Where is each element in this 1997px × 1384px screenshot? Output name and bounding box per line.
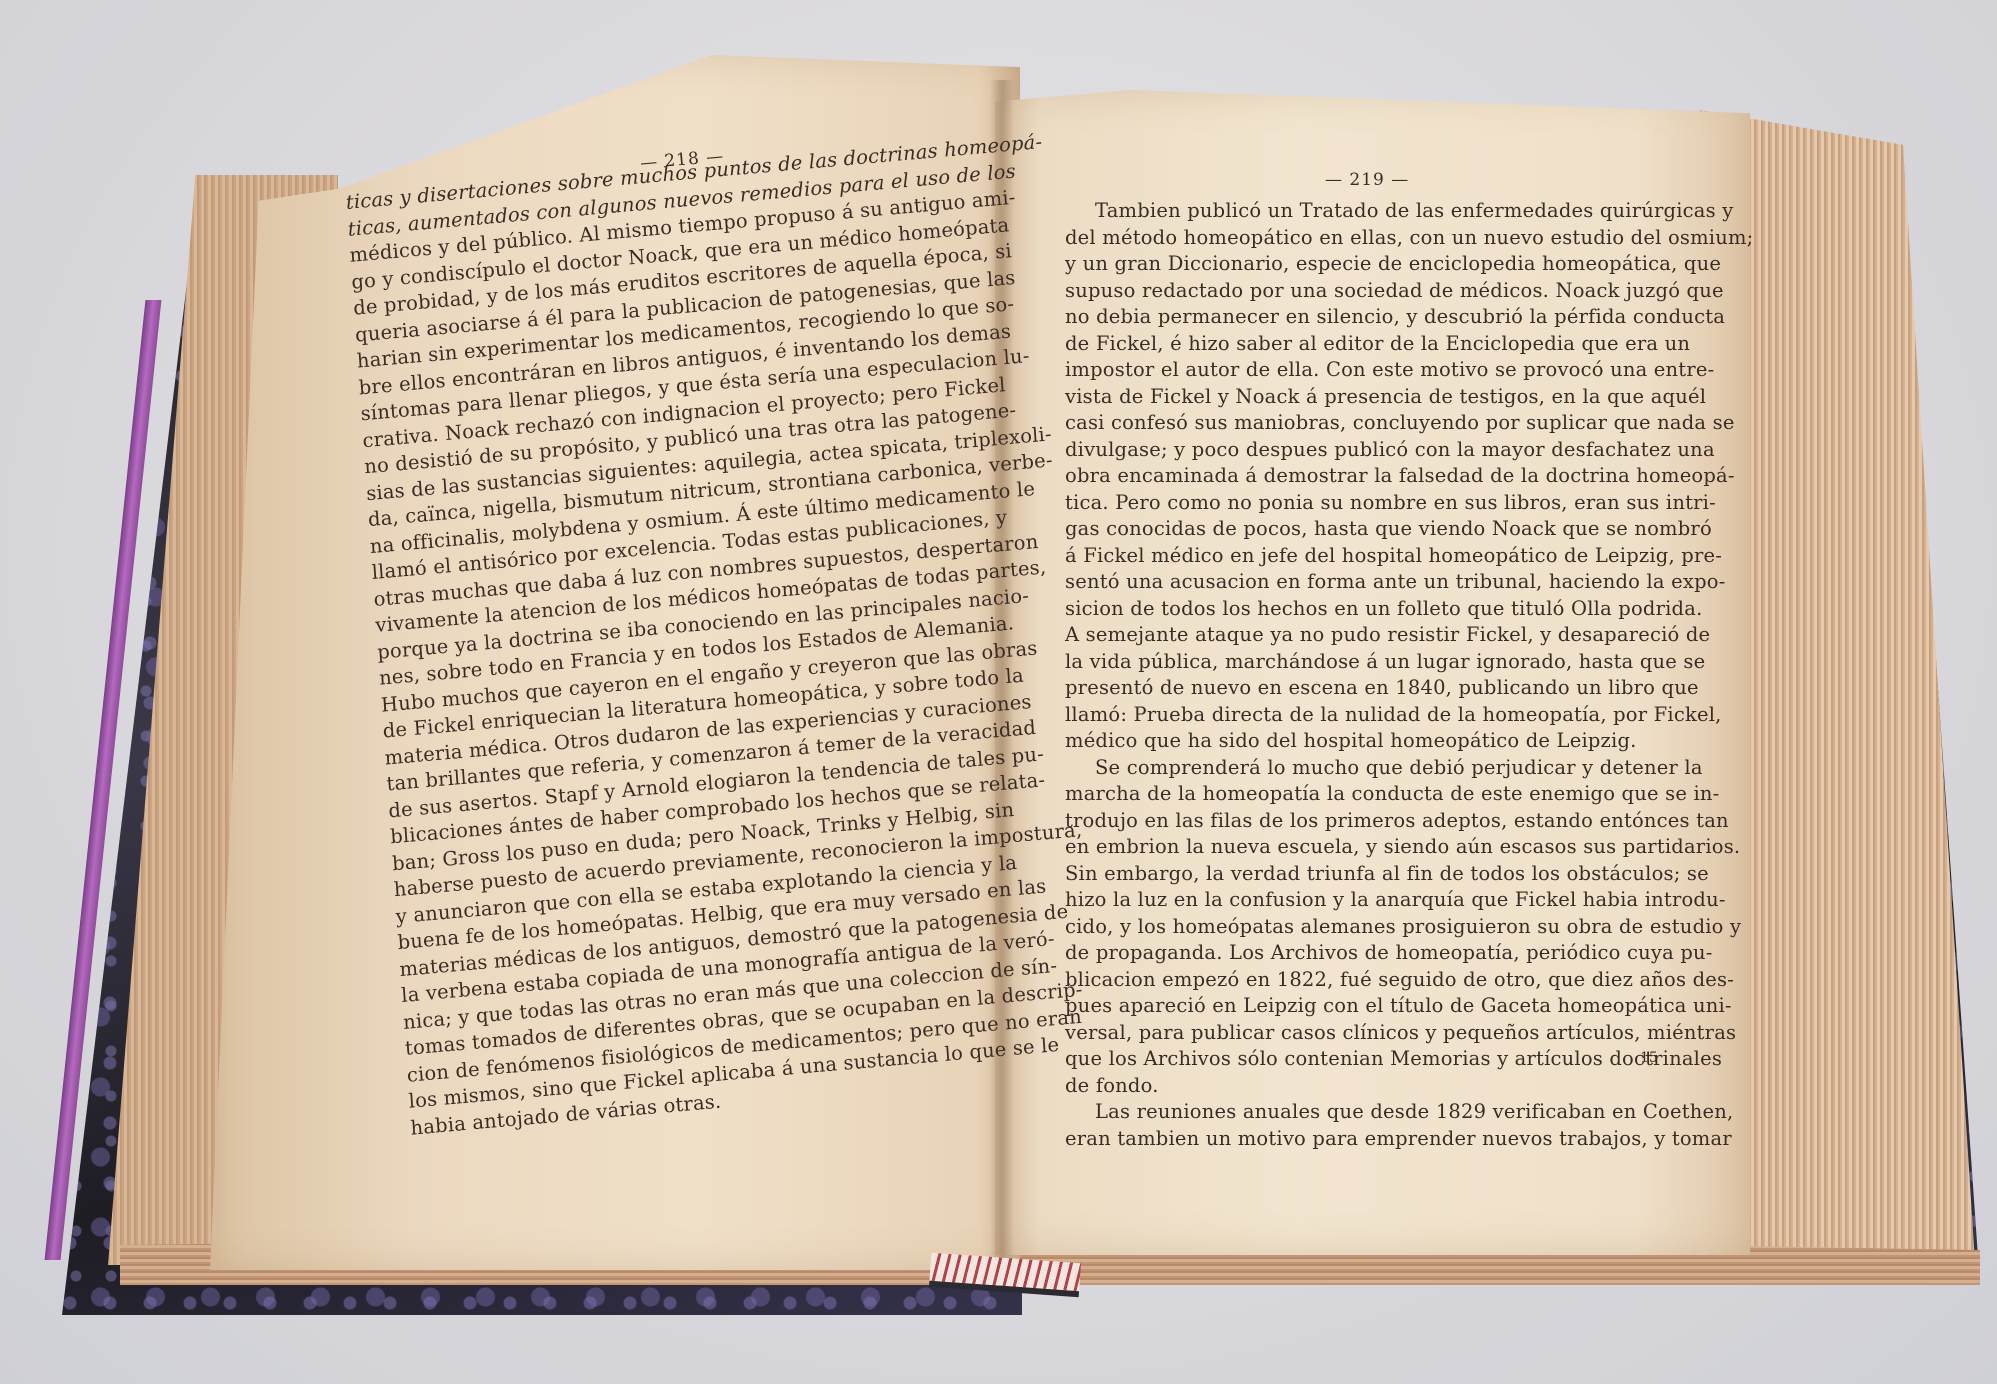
text-line: vista de Fickel y Noack á presencia de t… xyxy=(1065,384,1745,411)
text-line: llamó: Prueba directa de la nulidad de l… xyxy=(1065,702,1745,729)
text-line: Sin embargo, la verdad triunfa al fin de… xyxy=(1065,861,1745,888)
text-line: á Fickel médico en jefe del hospital hom… xyxy=(1065,543,1745,570)
right-page-text: Tambien publicó un Tratado de las enferm… xyxy=(1065,198,1745,1152)
text-line: sicion de todos los hechos en un folleto… xyxy=(1065,596,1745,623)
text-line: Tambien publicó un Tratado de las enferm… xyxy=(1065,198,1745,225)
text-line: y un gran Diccionario, especie de encicl… xyxy=(1065,251,1745,278)
photo-scene: — 218 — — 219 — ticas y disertaciones so… xyxy=(0,0,1997,1384)
text-line: no debia permanecer en silencio, y descu… xyxy=(1065,304,1745,331)
text-line: divulgase; y poco despues publicó con la… xyxy=(1065,437,1745,464)
text-line: gas conocidas de pocos, hasta que viendo… xyxy=(1065,516,1745,543)
page-number-219: — 219 — xyxy=(1325,170,1409,190)
signature-mark: 15 xyxy=(1640,1050,1658,1066)
text-line: supuso redactado por una sociedad de méd… xyxy=(1065,278,1745,305)
text-line: pues apareció en Leipzig con el título d… xyxy=(1065,993,1745,1020)
text-line: versal, para publicar casos clínicos y p… xyxy=(1065,1020,1745,1047)
text-line: A semejante ataque ya no pudo resistir F… xyxy=(1065,622,1745,649)
text-line: de Fickel, é hizo saber al editor de la … xyxy=(1065,331,1745,358)
text-line: de fondo. xyxy=(1065,1073,1745,1100)
text-line: Las reuniones anuales que desde 1829 ver… xyxy=(1065,1099,1745,1126)
text-line: eran tambien un motivo para emprender nu… xyxy=(1065,1126,1745,1153)
text-line: trodujo en las filas de los primeros ade… xyxy=(1065,808,1745,835)
left-page-text: ticas y disertaciones sobre muchos punto… xyxy=(345,134,1049,1141)
text-line: impostor el autor de ella. Con este moti… xyxy=(1065,357,1745,384)
text-line: blicacion empezó en 1822, fué seguido de… xyxy=(1065,967,1745,994)
text-line: marcha de la homeopatía la conducta de e… xyxy=(1065,781,1745,808)
text-line: casi confesó sus maniobras, concluyendo … xyxy=(1065,410,1745,437)
text-line: la vida pública, marchándose á un lugar … xyxy=(1065,649,1745,676)
text-line: hizo la luz en la confusion y la anarquí… xyxy=(1065,887,1745,914)
text-line: Se comprenderá lo mucho que debió perjud… xyxy=(1065,755,1745,782)
text-line: cido, y los homeópatas alemanes prosigui… xyxy=(1065,914,1745,941)
text-line: médico que ha sido del hospital homeopát… xyxy=(1065,728,1745,755)
text-line: de propaganda. Los Archivos de homeopatí… xyxy=(1065,940,1745,967)
text-line: tica. Pero como no ponia su nombre en su… xyxy=(1065,490,1745,517)
text-line: sentó una acusacion en forma ante un tri… xyxy=(1065,569,1745,596)
text-line: en embrion la nueva escuela, y siendo aú… xyxy=(1065,834,1745,861)
text-line: presentó de nuevo en escena en 1840, pub… xyxy=(1065,675,1745,702)
text-line: obra encaminada á demostrar la falsedad … xyxy=(1065,463,1745,490)
text-line: del método homeopático en ellas, con un … xyxy=(1065,225,1745,252)
